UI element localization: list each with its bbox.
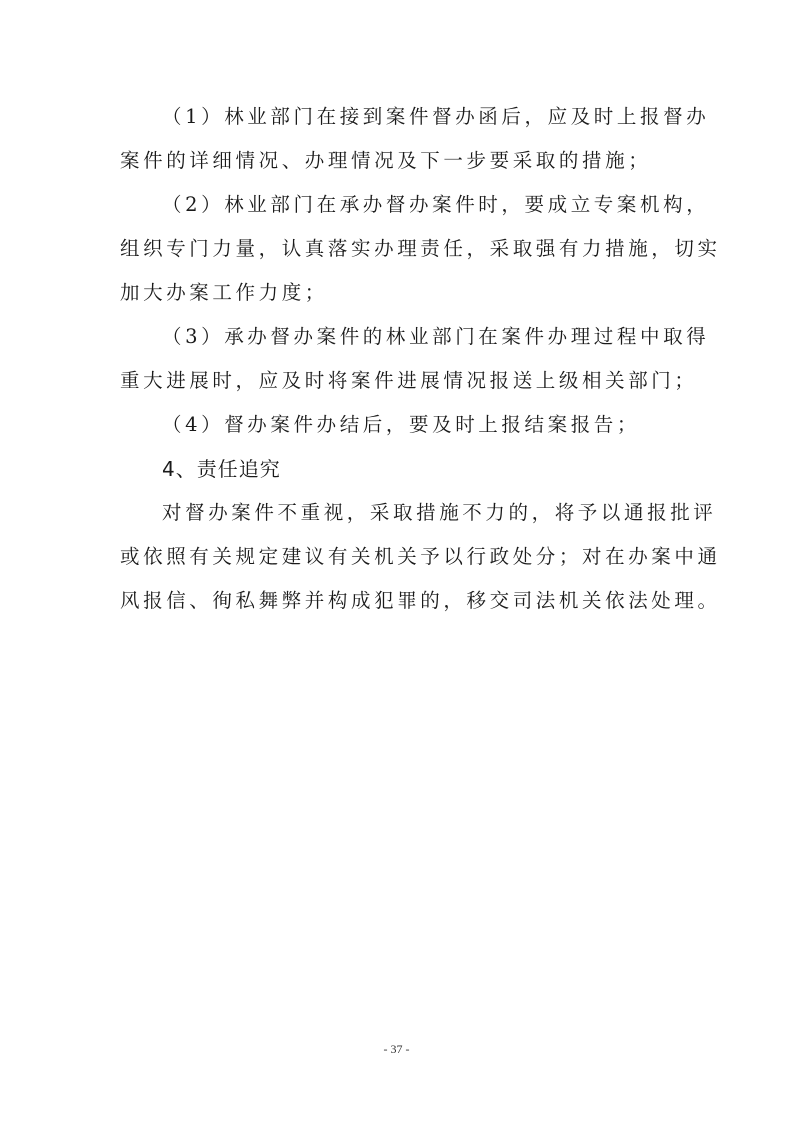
closing-paragraph-line-2: 或依照有关规定建议有关机关予以行政处分；对在办案中通 — [120, 543, 680, 571]
paragraph-2-line-2: 组织专门力量，认真落实办理责任，采取强有力措施，切实 — [120, 235, 680, 263]
page-number: - 37 - — [0, 1042, 793, 1057]
closing-paragraph-line-3: 风报信、徇私舞弊并构成犯罪的，移交司法机关依法处理。 — [120, 587, 680, 615]
paragraph-1-line-1: （1）林业部门在接到案件督办函后，应及时上报督办 — [162, 103, 722, 131]
closing-paragraph-line-1: 对督办案件不重视，采取措施不力的，将予以通报批评 — [162, 499, 722, 527]
paragraph-1-line-2: 案件的详细情况、办理情况及下一步要采取的措施； — [120, 147, 680, 175]
paragraph-4-line-1: （4）督办案件办结后，要及时上报结案报告； — [162, 411, 722, 439]
section-heading: 4、责任追究 — [162, 455, 281, 483]
paragraph-3-line-2: 重大进展时，应及时将案件进展情况报送上级相关部门； — [120, 367, 680, 395]
paragraph-2-line-1: （2）林业部门在承办督办案件时，要成立专案机构， — [162, 191, 722, 219]
paragraph-3-line-1: （3）承办督办案件的林业部门在案件办理过程中取得 — [162, 323, 722, 351]
paragraph-2-line-3: 加大办案工作力度； — [120, 279, 680, 307]
document-page: （1）林业部门在接到案件督办函后，应及时上报督办 案件的详细情况、办理情况及下一… — [0, 0, 793, 1122]
